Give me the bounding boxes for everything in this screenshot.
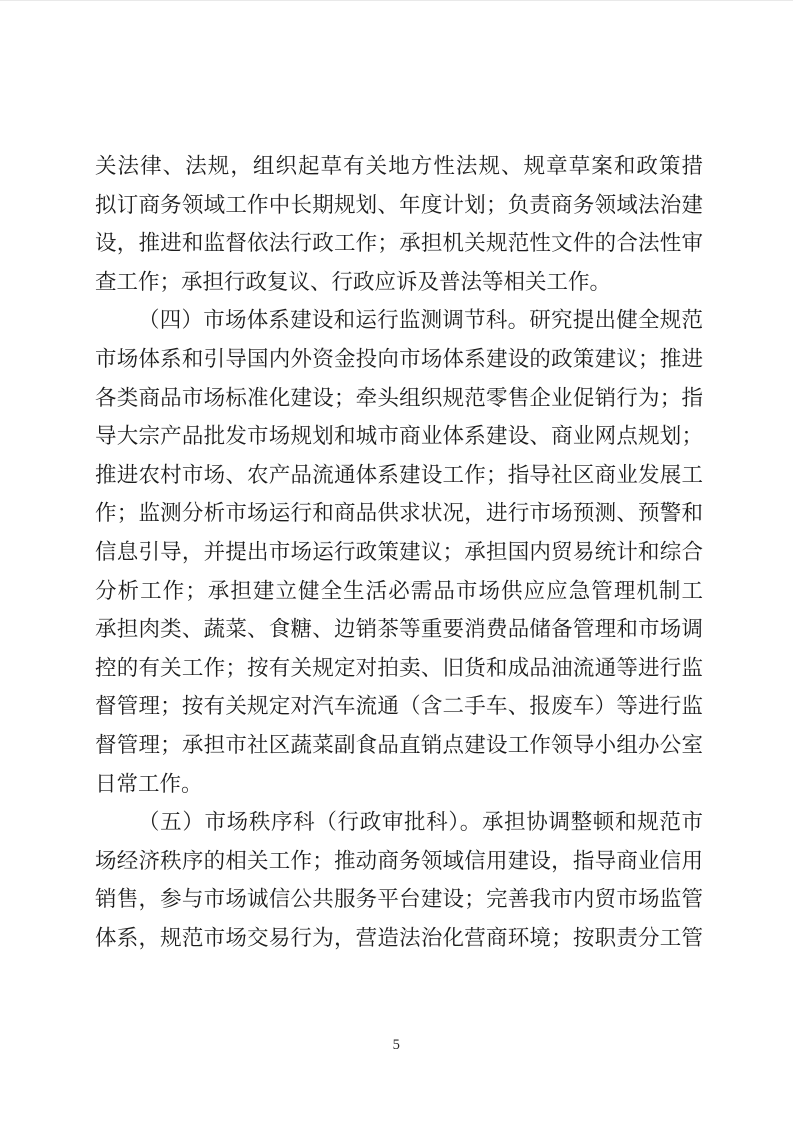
text-line: 督管理；承担市社区蔬菜副食品直销点建设工作领导小组办公室 xyxy=(95,726,703,765)
text-line: 信息引导，并提出市场运行政策建议；承担国内贸易统计和综合 xyxy=(95,533,703,572)
document-page: 关法律、法规，组织起草有关地方性法规、规章草案和政策措施；拟订商务领域工作中长期… xyxy=(0,0,793,1122)
text-line: 各类商品市场标准化建设；牵头组织规范零售企业促销行为；指 xyxy=(95,379,703,418)
text-line: （四）市场体系建设和运行监测调节科。研究提出健全规范 xyxy=(95,301,703,340)
text-line: 市场体系和引导国内外资金投向市场体系建设的政策建议；推进 xyxy=(95,340,703,379)
text-line: 关法律、法规，组织起草有关地方性法规、规章草案和政策措施； xyxy=(95,147,703,186)
text-line: 导大宗产品批发市场规划和城市商业体系建设、商业网点规划； xyxy=(95,417,703,456)
text-line: 分析工作；承担建立健全生活必需品市场供应应急管理机制工作； xyxy=(95,572,703,611)
text-line: 承担肉类、蔬菜、食糖、边销茶等重要消费品储备管理和市场调 xyxy=(95,610,703,649)
text-line: 查工作；承担行政复议、行政应诉及普法等相关工作。 xyxy=(95,263,703,302)
text-line: 设，推进和监督依法行政工作；承担机关规范性文件的合法性审 xyxy=(95,224,703,263)
text-line: （五）市场秩序科（行政审批科）。承担协调整顿和规范市 xyxy=(95,803,703,842)
text-line: 日常工作。 xyxy=(95,765,703,804)
text-line: 销售，参与市场诚信公共服务平台建设；完善我市内贸市场监管 xyxy=(95,880,703,919)
text-line: 场经济秩序的相关工作；推动商务领域信用建设，指导商业信用 xyxy=(95,842,703,881)
page-number: 5 xyxy=(0,1037,793,1054)
text-line: 推进农村市场、农产品流通体系建设工作；指导社区商业发展工 xyxy=(95,456,703,495)
text-line: 控的有关工作；按有关规定对拍卖、旧货和成品油流通等进行监 xyxy=(95,649,703,688)
text-line: 拟订商务领域工作中长期规划、年度计划；负责商务领域法治建 xyxy=(95,186,703,225)
document-body: 关法律、法规，组织起草有关地方性法规、规章草案和政策措施；拟订商务领域工作中长期… xyxy=(95,147,703,957)
text-line: 作；监测分析市场运行和商品供求状况，进行市场预测、预警和 xyxy=(95,494,703,533)
text-line: 督管理；按有关规定对汽车流通（含二手车、报废车）等进行监 xyxy=(95,687,703,726)
text-line: 体系，规范市场交易行为，营造法治化营商环境；按职责分工管 xyxy=(95,919,703,958)
